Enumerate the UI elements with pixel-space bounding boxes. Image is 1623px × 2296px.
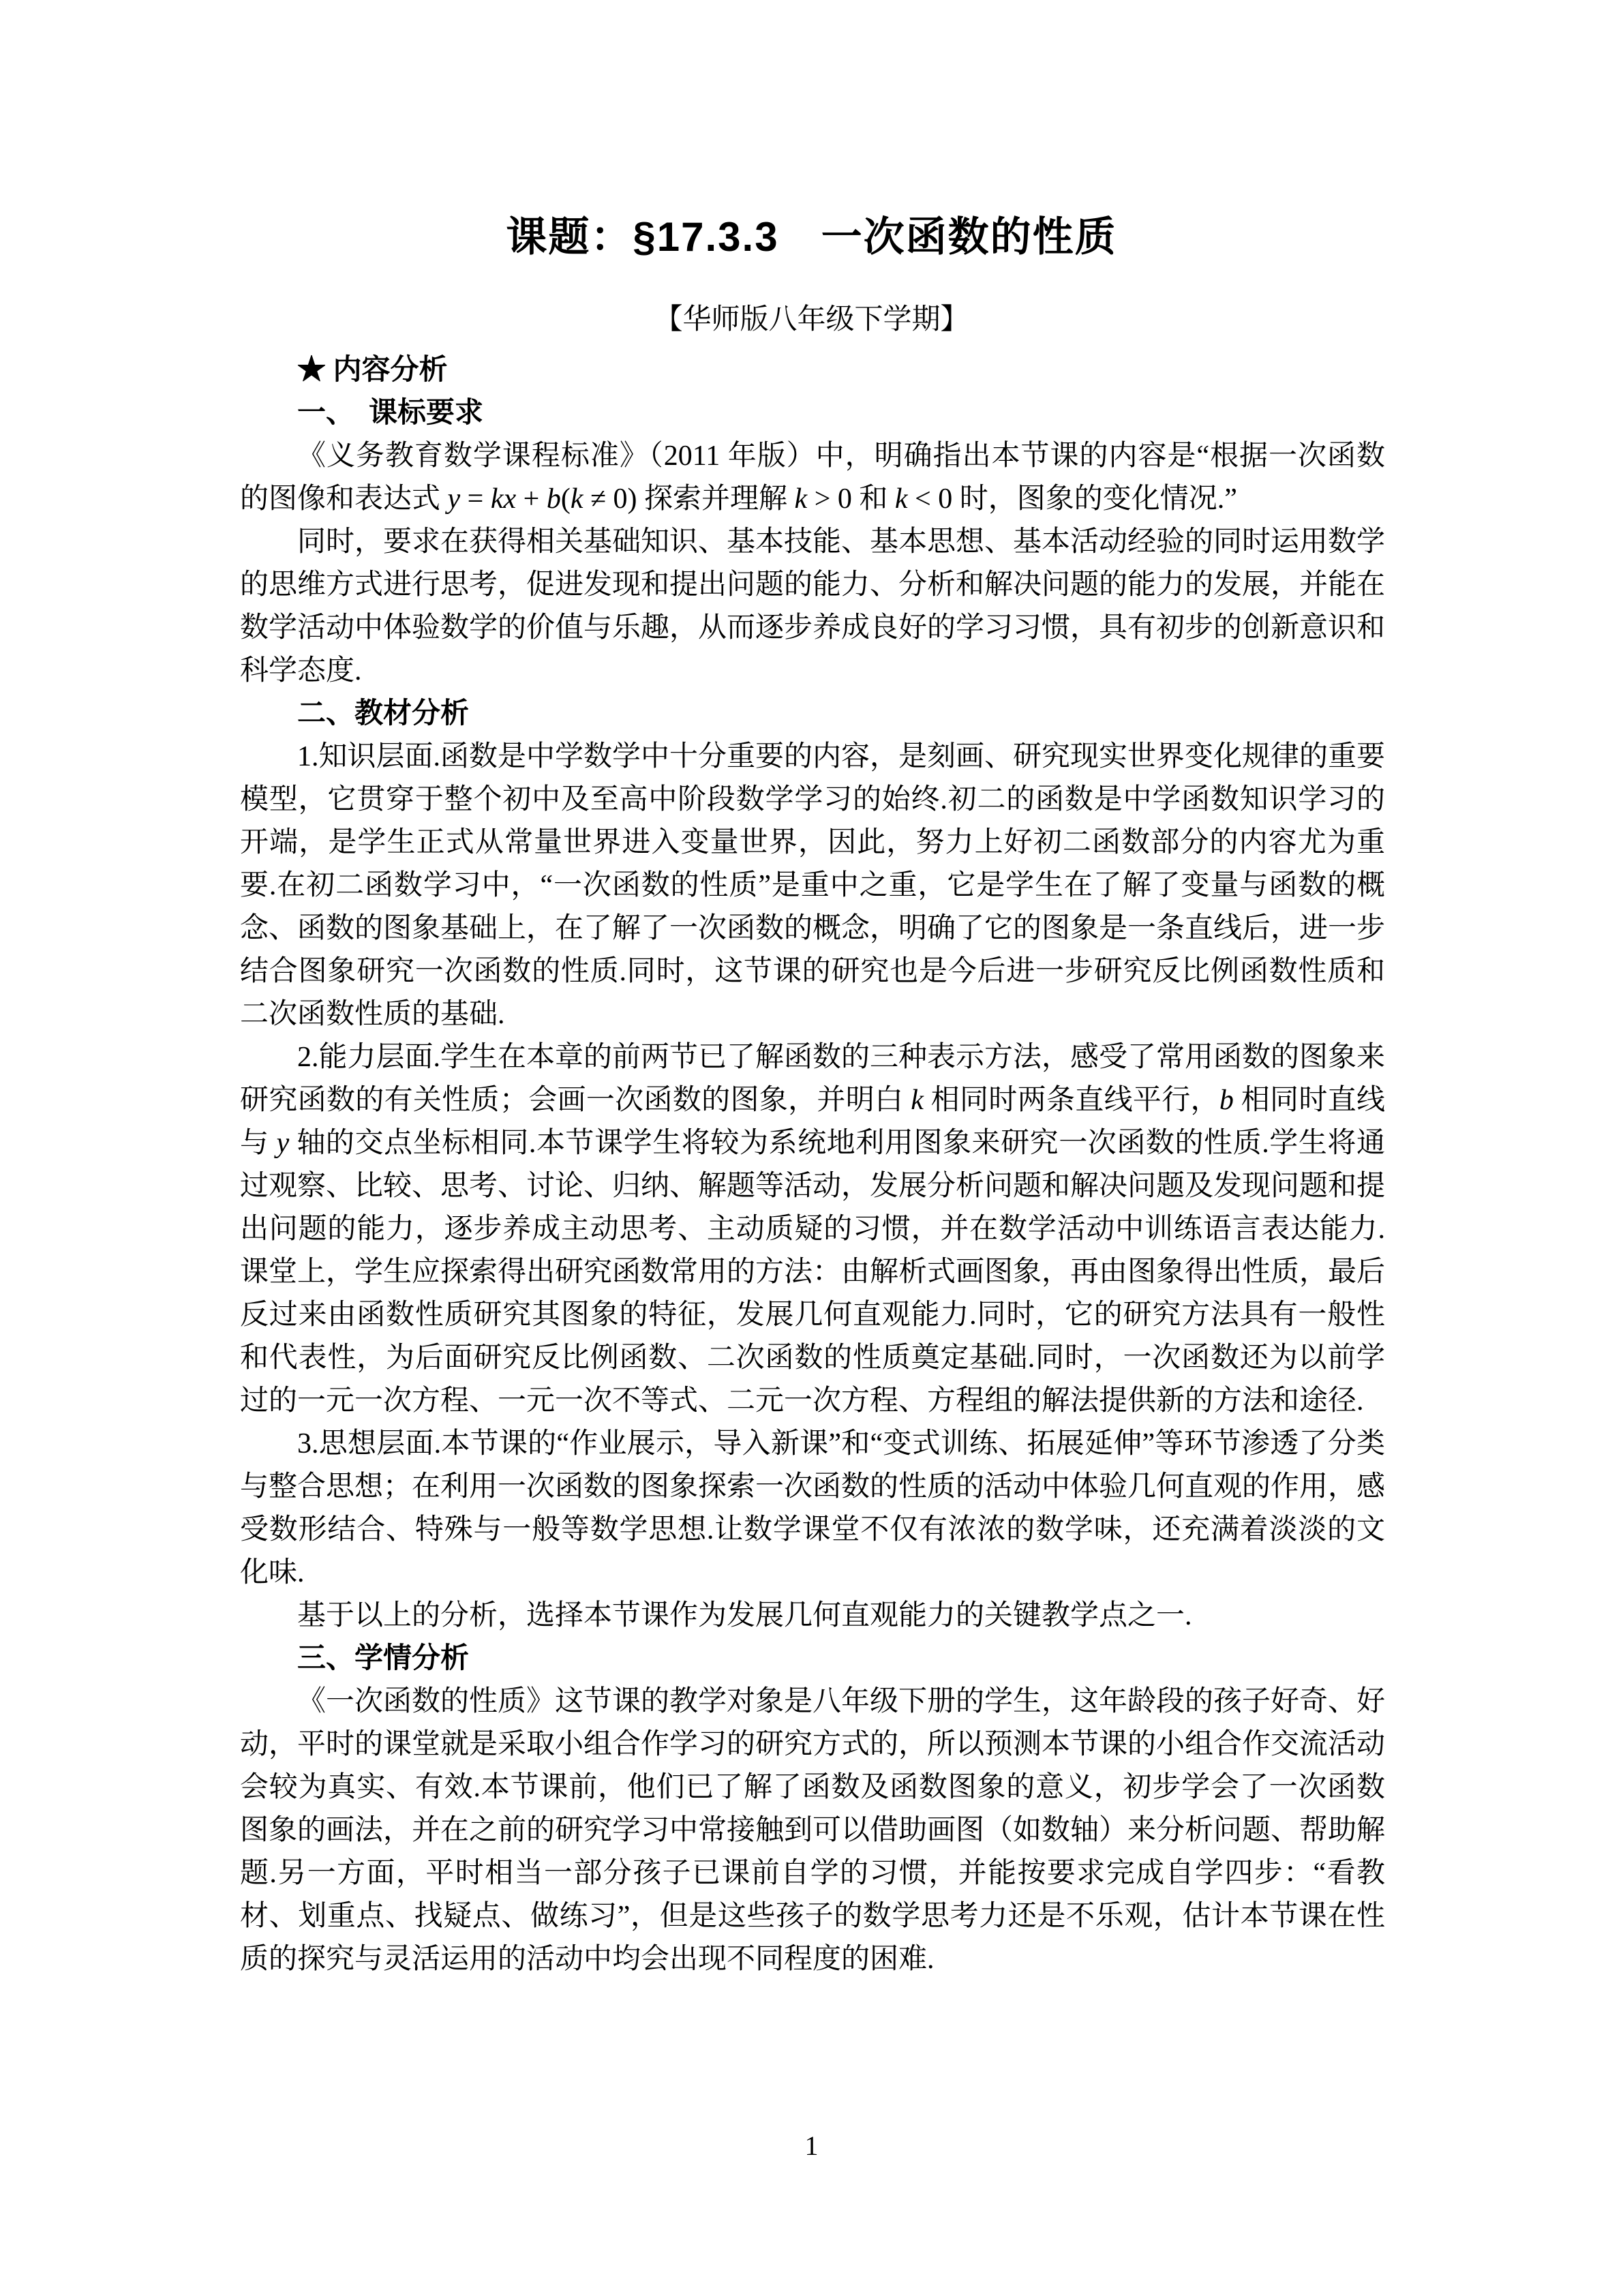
text-run: 1.知识层面.函数是中学数学中十分重要的内容，是刻画、研究现实世界变化规律的重要… <box>240 741 1385 1030</box>
page-title: 课题：§17.3.3 一次函数的性质 <box>0 209 1623 266</box>
paragraph: 2.能力层面.学生在本章的前两节已了解函数的三种表示方法，感受了常用函数的图象来… <box>240 1036 1385 1423</box>
math-run: k <box>895 483 908 515</box>
math-run: k <box>911 1085 924 1116</box>
section-heading: 三、学情分析 <box>240 1637 1385 1680</box>
section-heading: 一、 课标要求 <box>240 392 1385 435</box>
math-run: kx <box>491 483 516 515</box>
text-run: > 0 和 <box>807 483 895 515</box>
page-number: 1 <box>0 2127 1623 2165</box>
text-run: < 0 时，图象的变化情况.” <box>908 483 1237 515</box>
math-run: k <box>795 483 808 515</box>
document-body: ★ 内容分析一、 课标要求《义务教育数学课程标准》（2011 年版）中，明确指出… <box>240 349 1385 1981</box>
section-heading: ★ 内容分析 <box>240 349 1385 392</box>
text-run: 相同时两条直线平行， <box>924 1085 1219 1116</box>
paragraph: 《义务教育数学课程标准》（2011 年版）中，明确指出本节课的内容是“根据一次函… <box>240 435 1385 521</box>
page-subtitle: 【华师版八年级下学期】 <box>0 300 1623 339</box>
text-run: = <box>460 483 491 515</box>
math-run: b <box>547 483 561 515</box>
text-run: 二、教材分析 <box>297 698 469 729</box>
paragraph: 《一次函数的性质》这节课的教学对象是八年级下册的学生，这年龄段的孩子好奇、好动，… <box>240 1680 1385 1981</box>
paragraph: 1.知识层面.函数是中学数学中十分重要的内容，是刻画、研究现实世界变化规律的重要… <box>240 736 1385 1036</box>
document-page: 课题：§17.3.3 一次函数的性质 【华师版八年级下学期】 ★ 内容分析一、 … <box>0 0 1623 2296</box>
math-run: y <box>277 1128 290 1159</box>
math-run: k <box>571 483 583 515</box>
text-run: 3.思想层面.本节课的“作业展示，导入新课”和“变式训练、拓展延伸”等环节渗透了… <box>240 1428 1385 1588</box>
text-run: ★ 内容分析 <box>297 354 448 386</box>
text-run: ( <box>561 483 571 515</box>
text-run: + <box>516 483 547 515</box>
text-run: ≠ 0) 探索并理解 <box>583 483 795 515</box>
paragraph: 基于以上的分析，选择本节课作为发展几何直观能力的关键教学点之一. <box>240 1595 1385 1637</box>
text-run: 轴的交点坐标相同.本节课学生将较为系统地利用图象来研究一次函数的性质.学生将通过… <box>240 1128 1385 1417</box>
text-run: 《一次函数的性质》这节课的教学对象是八年级下册的学生，这年龄段的孩子好奇、好动，… <box>240 1686 1385 1975</box>
paragraph: 3.思想层面.本节课的“作业展示，导入新课”和“变式训练、拓展延伸”等环节渗透了… <box>240 1423 1385 1595</box>
text-run: 一、 课标要求 <box>297 397 483 429</box>
math-run: b <box>1219 1085 1234 1116</box>
text-run: 基于以上的分析，选择本节课作为发展几何直观能力的关键教学点之一. <box>297 1600 1192 1631</box>
text-run: 三、学情分析 <box>297 1643 469 1674</box>
paragraph: 同时，要求在获得相关基础知识、基本技能、基本思想、基本活动经验的同时运用数学的思… <box>240 521 1385 693</box>
text-run: 同时，要求在获得相关基础知识、基本技能、基本思想、基本活动经验的同时运用数学的思… <box>240 526 1385 686</box>
section-heading: 二、教材分析 <box>240 693 1385 736</box>
math-run: y <box>448 483 461 515</box>
